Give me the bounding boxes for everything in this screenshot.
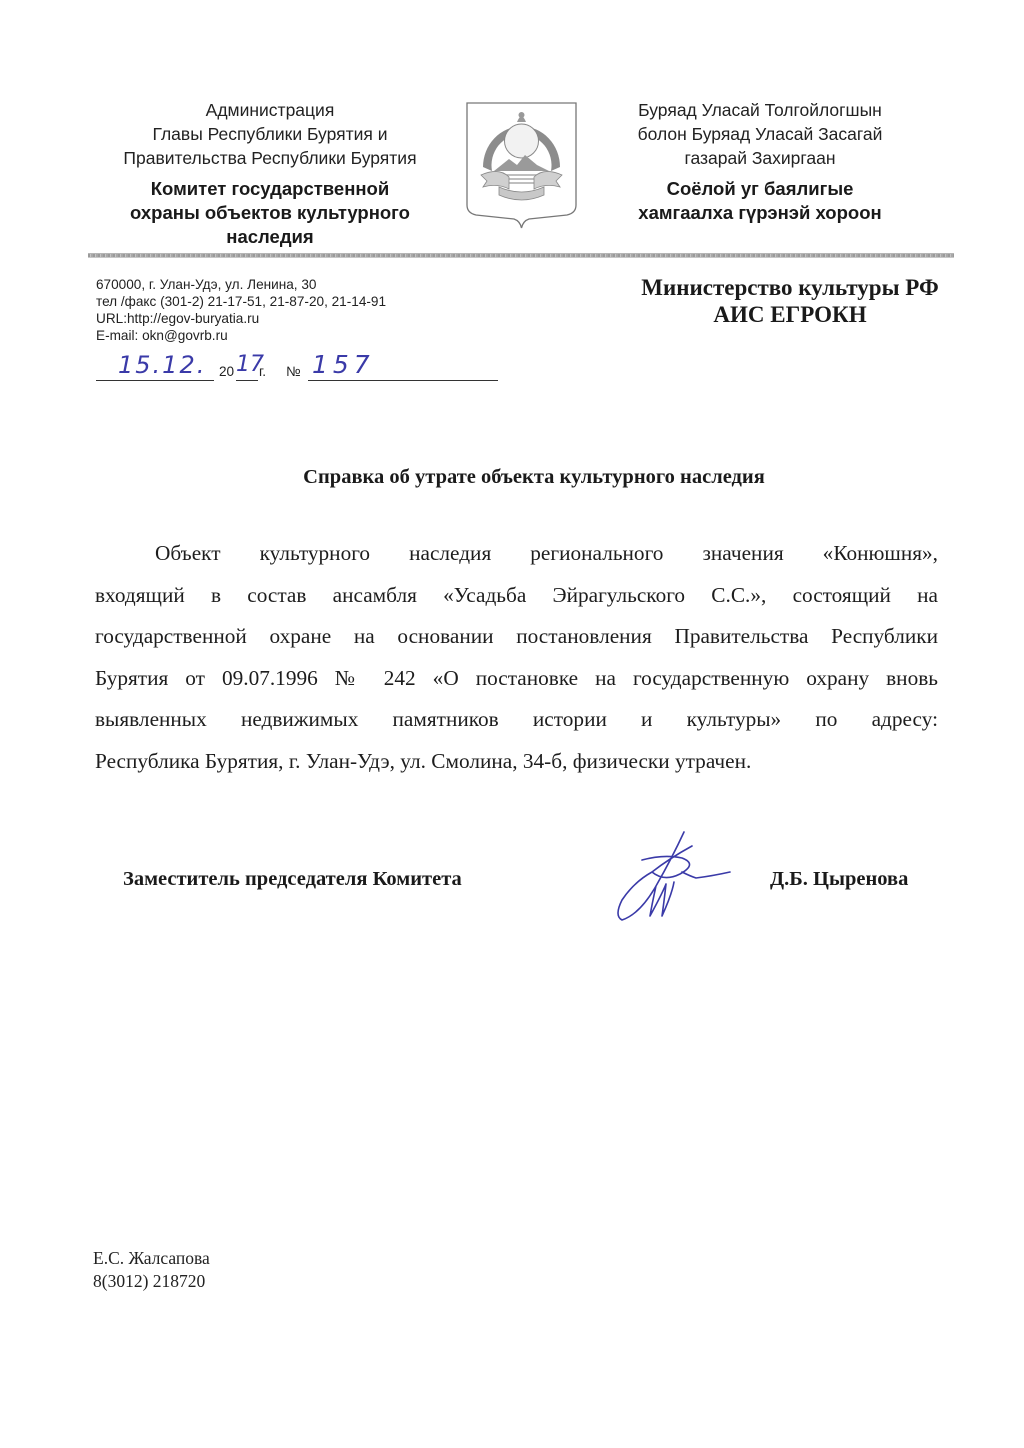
header-divider xyxy=(88,253,954,258)
committee-name-line: охраны объектов культурного xyxy=(92,201,448,225)
header-left-line: Администрация xyxy=(92,98,448,122)
header-right-line: Буряад Уласай Толгойлогшын xyxy=(596,98,924,122)
committee-name-bua: Соёлой уг баялигые хамгаалха гүрэнэй хор… xyxy=(596,177,924,225)
header-left-line: Правительства Республики Бурятия xyxy=(92,146,448,170)
addressee-line: АИС ЕГРОКН xyxy=(600,301,980,328)
addressee: Министерство культуры РФ АИС ЕГРОКН xyxy=(600,274,980,328)
signatory-name: Д.Б. Цыренова xyxy=(770,868,908,891)
committee-name-line: наследия xyxy=(92,225,448,249)
number-handwritten: 157 xyxy=(312,350,375,379)
year-prefix: 20 xyxy=(219,364,234,379)
committee-name-line: Комитет государственной xyxy=(92,177,448,201)
address: 670000, г. Улан-Удэ, ул. Ленина, 30 xyxy=(96,276,386,293)
body-line: Бурятия от 09.07.1996 № 242 «О постановк… xyxy=(95,658,938,700)
committee-name-line: хамгаалха гүрэнэй хороон xyxy=(596,201,924,225)
body-line: государственной охране на основании пост… xyxy=(95,616,938,658)
document-title: Справка об утрате объекта культурного на… xyxy=(0,466,1024,489)
header-right: Буряад Уласай Толгойлогшын болон Буряад … xyxy=(596,98,924,225)
body-line: Республика Бурятия, г. Улан-Удэ, ул. Смо… xyxy=(95,741,938,783)
date-handwritten: 15.12. xyxy=(118,351,206,379)
coat-of-arms-icon xyxy=(459,97,584,232)
executor-phone: 8(3012) 218720 xyxy=(93,1270,210,1293)
handwritten-signature xyxy=(612,828,740,928)
body-line: выявленных недвижимых памятников истории… xyxy=(95,699,938,741)
year-suffix: г. xyxy=(259,364,266,379)
executor-block: Е.С. Жалсапова 8(3012) 218720 xyxy=(93,1247,210,1293)
body-line: входящий в состав ансамбля «Усадьба Эйра… xyxy=(95,575,938,617)
year-underline xyxy=(236,380,258,381)
body-line: Объект культурного наследия региональног… xyxy=(95,533,938,575)
phone-fax: тел /факс (301-2) 21-17-51, 21-87-20, 21… xyxy=(96,293,386,310)
date-underline xyxy=(96,380,214,381)
contact-block: 670000, г. Улан-Удэ, ул. Ленина, 30 тел … xyxy=(96,276,386,344)
executor-name: Е.С. Жалсапова xyxy=(93,1247,210,1270)
website: URL:http://egov-buryatia.ru xyxy=(96,310,386,327)
number-underline xyxy=(308,380,498,381)
header-right-line: болон Буряад Уласай Засагай xyxy=(596,122,924,146)
addressee-line: Министерство культуры РФ xyxy=(600,274,980,301)
signatory-role: Заместитель председателя Комитета xyxy=(123,868,462,891)
header-left-line: Главы Республики Бурятия и xyxy=(92,122,448,146)
email: E-mail: okn@govrb.ru xyxy=(96,327,386,344)
number-label: № xyxy=(286,364,301,379)
committee-name-ru: Комитет государственной охраны объектов … xyxy=(92,177,448,249)
document-body: Объект культурного наследия региональног… xyxy=(95,533,938,783)
header-left: Администрация Главы Республики Бурятия и… xyxy=(92,98,448,249)
committee-name-line: Соёлой уг баялигые xyxy=(596,177,924,201)
header-right-line: газарай Захиргаан xyxy=(596,146,924,170)
registration-line: 15.12. 20 17 г. № 157 xyxy=(96,355,498,383)
